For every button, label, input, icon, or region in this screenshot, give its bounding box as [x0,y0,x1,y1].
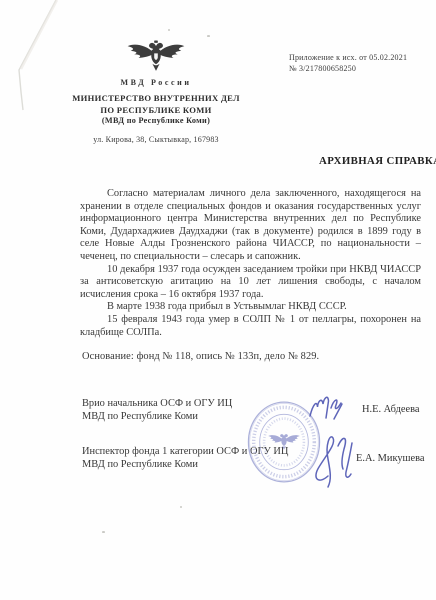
scan-speck [207,35,210,37]
mvd-double-headed-eagle-icon [125,40,187,74]
letterhead: МВД России МИНИСТЕРСТВО ВНУТРЕННИХ ДЕЛ П… [45,40,267,144]
ministry-name-line2: ПО РЕСПУБЛИКЕ КОМИ [45,105,267,116]
header-note-line1: Приложение к исх. от 05.02.2021 [289,53,429,64]
body-paragraph-4: 15 февраля 1943 года умер в СОЛП № 1 от … [80,314,421,339]
document-body: Согласно материалам личного дела заключе… [80,188,421,339]
letterhead-address: ул. Кирова, 38, Сыктывкар, 167983 [45,135,267,144]
document-title: АРХИВНАЯ СПРАВКА [319,155,429,167]
body-paragraph-2: 10 декабря 1937 года осужден заседанием … [80,264,421,302]
body-paragraph-1: Согласно материалам личного дела заключе… [80,188,421,264]
basis-line: Основание: фонд № 118, опись № 133п, дел… [82,351,319,362]
scan-speck [168,29,170,31]
scan-speck [102,531,105,533]
header-note-line2: № 3/217800658250 [289,64,429,75]
handwritten-signatures-ink-icon [300,388,400,493]
ministry-name-line3: (МВД по Республике Коми) [45,116,267,127]
archival-certificate-page: Приложение к исх. от 05.02.2021 № 3/2178… [0,0,436,600]
agency-name: МВД России [45,78,267,87]
body-paragraph-3: В марте 1938 года прибыл в Устьвымлаг НК… [80,301,421,314]
ministry-name-line1: МИНИСТЕРСТВО ВНУТРЕННИХ ДЕЛ [45,93,267,104]
emblem-wrap [45,40,267,76]
header-note: Приложение к исх. от 05.02.2021 № 3/2178… [289,53,429,74]
scan-speck [180,506,182,508]
